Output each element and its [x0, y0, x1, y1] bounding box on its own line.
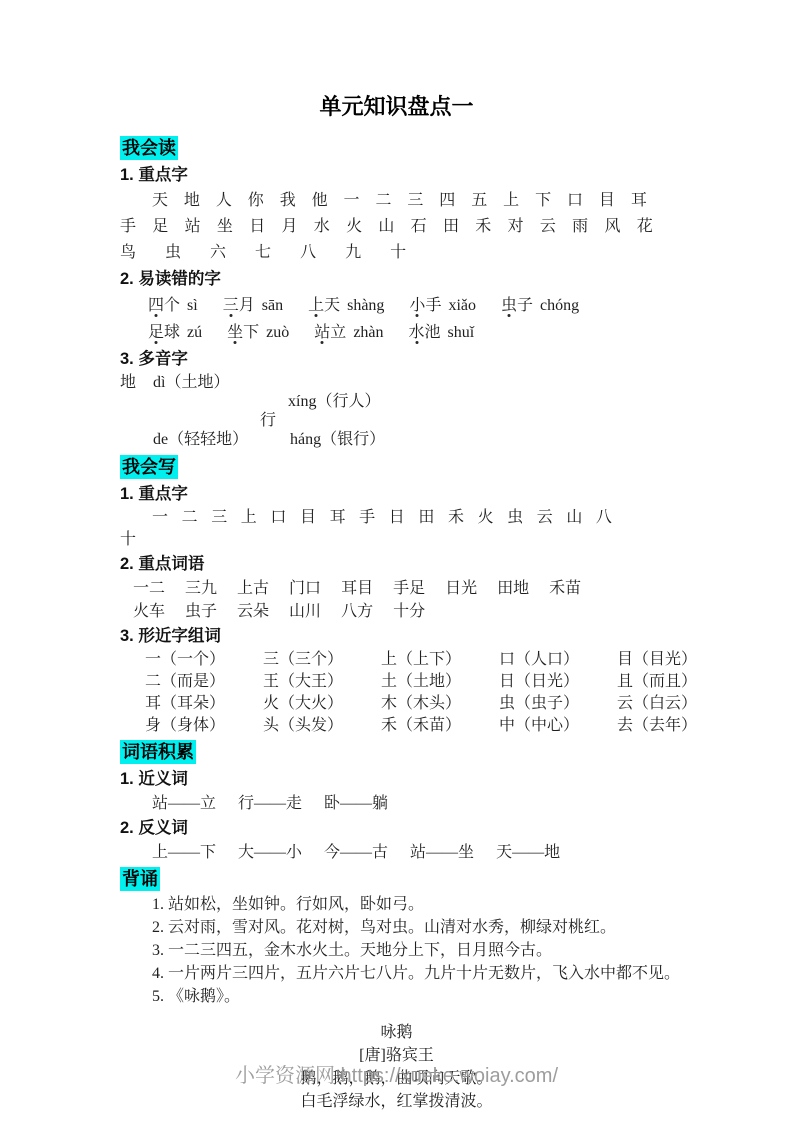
antonyms-line: 上——下大——小今——古站——坐天——地 — [152, 841, 673, 864]
key-char: 日 — [249, 214, 265, 240]
key-word: 云朵 — [237, 600, 269, 623]
key-char: 石 — [411, 214, 427, 240]
key-char: 对 — [508, 214, 524, 240]
antonym-pair: 大——小 — [238, 841, 302, 864]
word-rest: 子 — [517, 297, 533, 314]
misread-word: 三月sān — [223, 292, 283, 319]
section-read-header-row: 我会读 — [120, 136, 673, 162]
polyphonic-reading-hang: háng（银行） — [290, 430, 385, 449]
key-char: 日 — [389, 507, 405, 529]
similar-pair: 日（日光） — [499, 671, 617, 693]
word-rest: 池 — [425, 324, 441, 341]
key-char: 六 — [210, 240, 226, 266]
similar-pair: 上（上下） — [381, 649, 499, 671]
key-char: 上 — [241, 507, 257, 529]
similar-pair: 二（而是） — [145, 671, 263, 693]
key-char: 手 — [120, 214, 136, 240]
similar-pair: 禾（禾苗） — [381, 715, 499, 737]
key-char: 禾 — [448, 507, 464, 529]
misread-line-1: 四个sì三月sān上天shàng小手xiǎo虫子chóng — [148, 292, 673, 319]
recite-item: 5. 《咏鹅》。 — [152, 985, 673, 1008]
document-page: 单元知识盘点一 我会读 1. 重点字 天地人你我他一二三四五上下口目耳 手足站坐… — [0, 0, 793, 1122]
key-char: 手 — [359, 507, 375, 529]
key-word: 火车 — [133, 600, 165, 623]
similar-pair: 王（大王） — [263, 671, 381, 693]
recite-list: 1. 站如松，坐如钟。行如风，卧如弓。2. 云对雨，雪对风。花对树，鸟对虫。山清… — [152, 893, 673, 1008]
key-char: 耳 — [330, 507, 346, 529]
key-char: 坐 — [217, 214, 233, 240]
key-word: 山川 — [289, 600, 321, 623]
key-word: 虫子 — [185, 600, 217, 623]
section-recite-header-row: 背诵 — [120, 867, 673, 893]
key-char: 口 — [567, 188, 583, 214]
similar-pair: 土（土地） — [381, 671, 499, 693]
misread-word: 四个sì — [148, 292, 198, 319]
key-char: 地 — [184, 188, 200, 214]
dotted-char: 三 — [223, 297, 239, 314]
key-char: 一 — [152, 507, 168, 529]
write-keywords-heading: 2. 重点词语 — [120, 554, 673, 575]
poem-line: 白毛浮绿水，红掌拨清波。 — [120, 1090, 673, 1113]
similar-pair: 且（而且） — [617, 671, 697, 693]
key-char: 足 — [152, 214, 168, 240]
key-word: 日光 — [445, 577, 477, 600]
word-rest: 个 — [164, 297, 180, 314]
read-misread-heading: 2. 易读错的字 — [120, 269, 673, 290]
key-word: 八方 — [341, 600, 373, 623]
key-char: 口 — [270, 507, 286, 529]
similar-row-2: 二（而是）王（大王）土（土地）日（日光）且（而且） — [145, 671, 673, 693]
key-char: 十 — [120, 529, 136, 551]
key-char: 目 — [599, 188, 615, 214]
similar-pair: 耳（耳朵） — [145, 693, 263, 715]
read-polyphonic-heading: 3. 多音字 — [120, 349, 673, 370]
key-char: 风 — [604, 214, 620, 240]
synonym-pair: 站——立 — [152, 792, 216, 815]
read-keychars-heading: 1. 重点字 — [120, 165, 673, 186]
dotted-char: 四 — [148, 297, 164, 314]
section-vocab-header-row: 词语积累 — [120, 740, 673, 766]
section-recite-header: 背诵 — [120, 867, 160, 891]
word-rest: 立 — [330, 324, 346, 341]
similar-pair: 头（头发） — [263, 715, 381, 737]
vocab-synonyms-heading: 1. 近义词 — [120, 769, 673, 790]
similar-pair: 身（身体） — [145, 715, 263, 737]
key-char: 虫 — [507, 507, 523, 529]
synonyms-line: 站——立行——走卧——躺 — [152, 792, 673, 815]
key-char: 雨 — [572, 214, 588, 240]
key-char: 花 — [637, 214, 653, 240]
section-read-header: 我会读 — [120, 136, 178, 160]
key-char: 一 — [344, 188, 360, 214]
write-keychars-heading: 1. 重点字 — [120, 484, 673, 505]
key-char: 九 — [345, 240, 361, 266]
word-rest: 球 — [164, 324, 180, 341]
key-char: 三 — [211, 507, 227, 529]
similar-pair: 木（木头） — [381, 693, 499, 715]
key-char: 上 — [503, 188, 519, 214]
read-keychars-line-2: 手足站坐日月水火山石田禾对云雨风花 — [120, 214, 653, 240]
key-char: 虫 — [165, 240, 181, 266]
polyphonic-char-di: 地 — [120, 374, 136, 391]
key-char: 火 — [346, 214, 362, 240]
polyphonic-block: 地dì（土地） xíng（行人） 行 de（轻轻地） háng（银行） — [120, 373, 673, 449]
polyphonic-row-di-top: 地dì（土地） — [120, 373, 673, 392]
word-rest: 天 — [324, 297, 340, 314]
pinyin: shuǐ — [448, 324, 475, 341]
misread-word: 水池shuǐ — [409, 319, 475, 346]
key-word: 手足 — [393, 577, 425, 600]
misread-word: 虫子chóng — [501, 292, 579, 319]
dotted-char: 坐 — [227, 324, 243, 341]
similar-pair: 虫（虫子） — [499, 693, 617, 715]
key-char: 云 — [540, 214, 556, 240]
key-char: 三 — [407, 188, 423, 214]
polyphonic-reading-de: de（轻轻地） — [153, 431, 248, 448]
similar-pair: 去（去年） — [617, 715, 697, 737]
key-char: 田 — [418, 507, 434, 529]
key-char: 云 — [537, 507, 553, 529]
keywords-line-2: 火车虫子云朵山川八方十分 — [133, 600, 673, 623]
key-char: 你 — [248, 188, 264, 214]
write-keychars-line-2: 十 — [120, 529, 673, 551]
key-char: 天 — [152, 188, 168, 214]
section-write-header: 我会写 — [120, 455, 178, 479]
key-char: 鸟 — [120, 240, 136, 266]
polyphonic-reading-di: dì（土地） — [153, 374, 229, 391]
antonym-pair: 今——古 — [324, 841, 388, 864]
key-char: 十 — [390, 240, 406, 266]
polyphonic-char-xing: 行 — [260, 411, 673, 430]
key-char: 四 — [439, 188, 455, 214]
key-char: 五 — [471, 188, 487, 214]
key-word: 三九 — [185, 577, 217, 600]
antonym-pair: 天——地 — [496, 841, 560, 864]
pinyin: zhàn — [353, 324, 383, 341]
dotted-char: 虫 — [501, 297, 517, 314]
word-rest: 手 — [425, 297, 441, 314]
similar-row-1: 一（一个）三（三个）上（上下）口（人口）目（目光） — [145, 649, 673, 671]
similar-pair: 火（大火） — [263, 693, 381, 715]
recite-item: 3. 一二三四五，金木水火土。天地分上下，日月照今古。 — [152, 939, 673, 962]
key-char: 水 — [314, 214, 330, 240]
pinyin: chóng — [540, 297, 579, 314]
dotted-char: 足 — [148, 324, 164, 341]
key-char: 站 — [185, 214, 201, 240]
key-char: 目 — [300, 507, 316, 529]
vocab-antonyms-heading: 2. 反义词 — [120, 818, 673, 839]
dotted-char: 上 — [308, 297, 324, 314]
misread-line-2: 足球zú坐下zuò站立zhàn水池shuǐ — [148, 319, 673, 346]
pinyin: shàng — [347, 297, 384, 314]
recite-item: 2. 云对雨，雪对风。花对树，鸟对虫。山清对水秀，柳绿对桃红。 — [152, 916, 673, 939]
key-word: 禾苗 — [549, 577, 581, 600]
poem-title: 咏鹅 — [120, 1021, 673, 1044]
polyphonic-row-bottom: de（轻轻地） háng（银行） — [120, 430, 673, 449]
section-write-header-row: 我会写 — [120, 455, 673, 481]
key-char: 二 — [375, 188, 391, 214]
dotted-char: 小 — [409, 297, 425, 314]
misread-word: 坐下zuò — [227, 319, 289, 346]
write-similar-heading: 3. 形近字组词 — [120, 626, 673, 647]
synonym-pair: 卧——躺 — [324, 792, 388, 815]
pinyin: sì — [187, 297, 198, 314]
similar-row-4: 身（身体）头（头发）禾（禾苗）中（中心）去（去年） — [145, 715, 673, 737]
page-footer: 小学资源网 https://xueke.woiay.com/ — [0, 1059, 793, 1088]
key-word: 一二 — [133, 577, 165, 600]
misread-word: 站立zhàn — [314, 319, 383, 346]
key-char: 田 — [443, 214, 459, 240]
similar-pair: 三（三个） — [263, 649, 381, 671]
pinyin: zú — [187, 324, 202, 341]
synonym-pair: 行——走 — [238, 792, 302, 815]
keywords-line-1: 一二三九上古门口耳目手足日光田地禾苗 — [133, 577, 673, 600]
similar-row-3: 耳（耳朵）火（大火）木（木头）虫（虫子）云（白云） — [145, 693, 673, 715]
write-keychars-line-1: 一二三上口目耳手日田禾火虫云山八 — [152, 507, 612, 529]
key-char: 月 — [281, 214, 297, 240]
key-char: 八 — [596, 507, 612, 529]
recite-item: 4. 一片两片三四片，五片六片七八片。九片十片无数片，飞入水中都不见。 — [152, 962, 673, 985]
read-keychars-line-3: 鸟虫六七八九十 — [120, 240, 673, 266]
key-char: 耳 — [631, 188, 647, 214]
key-word: 田地 — [497, 577, 529, 600]
misread-word: 小手xiǎo — [409, 292, 476, 319]
misread-word: 足球zú — [148, 319, 202, 346]
page-title: 单元知识盘点一 — [120, 94, 673, 120]
antonym-pair: 上——下 — [152, 841, 216, 864]
document-content: 单元知识盘点一 我会读 1. 重点字 天地人你我他一二三四五上下口目耳 手足站坐… — [0, 0, 793, 1113]
pinyin: xiǎo — [448, 297, 476, 314]
antonym-pair: 站——坐 — [410, 841, 474, 864]
polyphonic-reading-xing: xíng（行人） — [288, 392, 673, 411]
key-word: 门口 — [289, 577, 321, 600]
section-vocab-header: 词语积累 — [120, 740, 196, 764]
dotted-char: 站 — [314, 324, 330, 341]
key-char: 他 — [312, 188, 328, 214]
similar-pair: 云（白云） — [617, 693, 697, 715]
dotted-char: 水 — [409, 324, 425, 341]
key-word: 耳目 — [341, 577, 373, 600]
key-char: 禾 — [475, 214, 491, 240]
similar-pair: 口（人口） — [499, 649, 617, 671]
key-char: 我 — [280, 188, 296, 214]
misread-word: 上天shàng — [308, 292, 384, 319]
pinyin: sān — [262, 297, 283, 314]
key-char: 山 — [566, 507, 582, 529]
word-rest: 月 — [239, 297, 255, 314]
key-char: 火 — [478, 507, 494, 529]
key-char: 七 — [255, 240, 271, 266]
key-char: 二 — [182, 507, 198, 529]
key-char: 山 — [378, 214, 394, 240]
key-char: 下 — [535, 188, 551, 214]
similar-pair: 目（目光） — [617, 649, 697, 671]
similar-pair: 一（一个） — [145, 649, 263, 671]
read-keychars-line-1: 天地人你我他一二三四五上下口目耳 — [152, 188, 647, 214]
key-word: 十分 — [393, 600, 425, 623]
key-char: 人 — [216, 188, 232, 214]
word-rest: 下 — [243, 324, 259, 341]
recite-item: 1. 站如松，坐如钟。行如风，卧如弓。 — [152, 893, 673, 916]
similar-pair: 中（中心） — [499, 715, 617, 737]
key-word: 上古 — [237, 577, 269, 600]
key-char: 八 — [300, 240, 316, 266]
pinyin: zuò — [266, 324, 289, 341]
